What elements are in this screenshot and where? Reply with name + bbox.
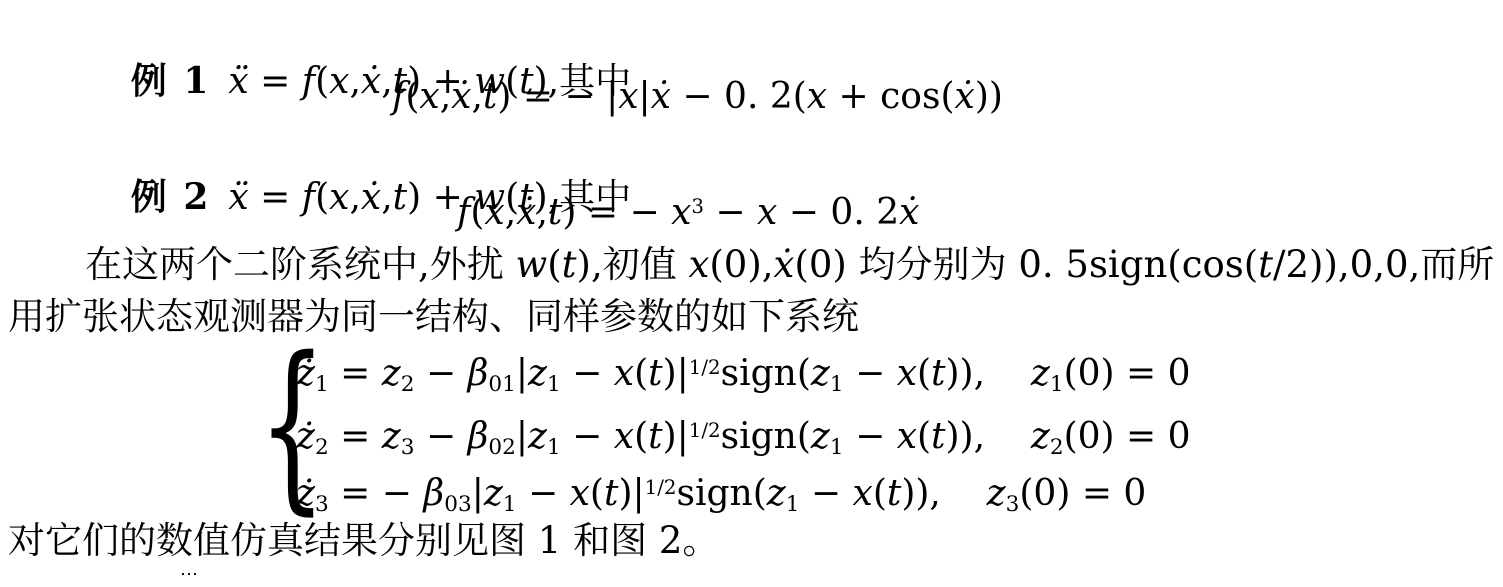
text-run: x	[329, 177, 349, 218]
text-run	[941, 473, 987, 514]
text-run: |	[677, 353, 689, 394]
text-run: z	[811, 416, 830, 457]
scan-artifact-dots: ⋯	[180, 564, 200, 585]
text-run: 0. 5sign(cos(	[1018, 243, 1258, 286]
text-run: x	[419, 76, 439, 117]
text-run: t	[648, 416, 662, 457]
text-run: (0)	[794, 243, 858, 286]
text-run: 2	[401, 372, 415, 397]
text-run: t	[931, 416, 945, 457]
text-run: ) = −	[562, 192, 671, 233]
text-run: x	[897, 416, 917, 457]
text-run: ,	[471, 76, 482, 117]
text-run: ẋ	[451, 76, 471, 117]
text-run	[985, 353, 1031, 394]
text-run: f	[457, 192, 470, 233]
text-run: x	[688, 243, 709, 286]
text-run: −	[844, 353, 897, 394]
text-run: ż	[296, 416, 315, 457]
text-run: −	[517, 473, 570, 514]
text-run: (	[917, 353, 931, 394]
text-run: z	[1031, 353, 1050, 394]
text-run: ẋ	[774, 243, 795, 286]
text-run: x	[570, 473, 590, 514]
text-run: 3	[315, 492, 329, 517]
text-run: sign(	[721, 416, 811, 457]
text-run: x	[614, 353, 634, 394]
text-run: −	[799, 473, 852, 514]
text-run: z	[528, 416, 547, 457]
paragraph-line2: 用扩张状态观测器为同一结构、同样参数的如下系统	[8, 294, 859, 340]
text-run: |	[516, 353, 528, 394]
text-run: ż	[296, 473, 315, 514]
text-run: (	[917, 416, 931, 457]
text-run: z	[1031, 416, 1050, 457]
text-run: ẋ	[361, 61, 381, 102]
text-run: 01	[488, 372, 515, 397]
text-run: 3	[1006, 492, 1020, 517]
text-run: 1	[1050, 372, 1064, 397]
text-run: |	[516, 416, 528, 457]
text-run: x	[618, 76, 638, 117]
text-run: )	[618, 473, 632, 514]
text-run: ẋ	[361, 177, 381, 218]
text-run: sign(	[721, 353, 811, 394]
text-run: ,初值	[591, 243, 689, 286]
text-run: |	[632, 473, 644, 514]
text-run: (	[634, 416, 648, 457]
text-run: (0) = 0	[1064, 353, 1191, 394]
text-run: (	[470, 192, 484, 233]
text-run: x	[614, 416, 634, 457]
text-run: 1	[786, 492, 800, 517]
text-run: t	[548, 192, 562, 233]
text-run: 。	[682, 519, 719, 562]
text-run: ẋ	[516, 192, 536, 233]
text-run: ẋ	[899, 192, 919, 233]
text-run: z	[484, 473, 503, 514]
text-run: =	[249, 177, 302, 218]
text-run: (0) = 0	[1019, 473, 1146, 514]
text-run: ) = − |	[497, 76, 618, 117]
text-run: ,	[536, 192, 547, 233]
text-run: )	[663, 353, 677, 394]
text-run: 对它们的数值仿真结果分别见图	[8, 519, 538, 562]
text-run: x	[757, 192, 777, 233]
text-run: (	[315, 177, 329, 218]
text-run: t	[887, 473, 901, 514]
text-run: 02	[488, 435, 515, 460]
text-run	[985, 416, 1031, 457]
text-run: )),	[901, 473, 941, 514]
text-run: ,	[440, 76, 451, 117]
text-run: x	[329, 61, 349, 102]
text-run: z	[528, 353, 547, 394]
text-run: − 0. 2(	[671, 76, 807, 117]
text-run: )),	[946, 416, 986, 457]
text-run: −	[844, 416, 897, 457]
text-run: (	[547, 243, 561, 286]
text-run: x	[897, 353, 917, 394]
text-run: 3	[691, 195, 704, 218]
example2-label: 例 2	[131, 176, 211, 218]
text-run: |	[677, 416, 689, 457]
example1-label: 例 1	[131, 60, 211, 102]
text-run: ,	[349, 177, 360, 218]
text-run: /2)),0,0,	[1273, 243, 1420, 286]
text-run: z	[987, 473, 1006, 514]
text-run: (	[405, 76, 419, 117]
text-run: )	[577, 243, 591, 286]
text-run: 1/2	[645, 476, 677, 499]
text-run: x	[671, 192, 691, 233]
text-run: ż	[296, 353, 315, 394]
text-run: z	[767, 473, 786, 514]
system-equation-2: ż2 = z3 − β02|z1 − x(t)|1/2sign(z1 − x(t…	[296, 408, 1191, 471]
text-run: )),	[946, 353, 986, 394]
text-run: 2	[1050, 435, 1064, 460]
text-run: 03	[444, 492, 471, 517]
text-run: 1	[315, 372, 329, 397]
text-run: 1	[547, 435, 561, 460]
text-run: β	[468, 416, 489, 457]
text-run: + cos(	[827, 76, 954, 117]
text-run: 2	[315, 435, 329, 460]
text-run: 而所	[1420, 243, 1494, 286]
document-page: 例 1ẍ = f(x,ẋ,t) + w(t),其中 f(x,ẋ,t) = − |…	[0, 0, 1503, 587]
text-run: 3	[401, 435, 415, 460]
text-run: 1	[538, 519, 562, 562]
text-run: (	[634, 353, 648, 394]
text-run: (	[590, 473, 604, 514]
text-run: −	[561, 416, 614, 457]
text-run: sign(	[676, 473, 766, 514]
text-run: 在这两个二阶系统中,外扰	[85, 243, 516, 286]
text-run: ,	[505, 192, 516, 233]
example1-display-equation: f(x,ẋ,t) = − |x|ẋ − 0. 2(x + cos(ẋ))	[392, 74, 1003, 120]
text-run: 1	[830, 372, 844, 397]
text-run: f	[302, 61, 315, 102]
text-run: 2	[659, 519, 683, 562]
closing-line: 对它们的数值仿真结果分别见图 1 和图 2。	[8, 518, 719, 564]
text-run: )	[663, 416, 677, 457]
text-run: ẍ	[228, 177, 248, 218]
text-run: (0) = 0	[1064, 416, 1191, 457]
system-equation-1: ż1 = z2 − β01|z1 − x(t)|1/2sign(z1 − x(t…	[296, 345, 1191, 408]
text-run: =	[329, 353, 382, 394]
text-run: x	[484, 192, 504, 233]
paragraph-line1: 在这两个二阶系统中,外扰 w(t),初值 x(0),ẋ(0) 均分别为 0. 5…	[85, 242, 1494, 288]
text-run: 1	[547, 372, 561, 397]
text-run: ẋ	[955, 76, 975, 117]
text-run: t	[562, 243, 577, 286]
text-run: (	[315, 61, 329, 102]
text-run: ,	[381, 61, 392, 102]
text-run: 1/2	[689, 419, 721, 442]
text-run: ẋ	[651, 76, 671, 117]
text-run: ẍ	[228, 61, 248, 102]
text-run: t	[483, 76, 497, 117]
text-run: x	[853, 473, 873, 514]
text-run: |	[472, 473, 484, 514]
text-run: t	[393, 177, 407, 218]
text-run: z	[382, 416, 401, 457]
text-run: =	[329, 416, 382, 457]
text-run: z	[811, 353, 830, 394]
text-run: β	[468, 353, 489, 394]
text-run: = −	[329, 473, 424, 514]
text-run: 1	[830, 435, 844, 460]
text-run: (0),	[709, 243, 773, 286]
text-run: t	[931, 353, 945, 394]
text-run: ))	[975, 76, 1003, 117]
text-run: f	[392, 76, 405, 117]
text-run: 1	[503, 492, 517, 517]
text-run: t	[648, 353, 662, 394]
text-run: w	[516, 243, 548, 286]
text-run: 和图	[561, 519, 659, 562]
text-run: 均分别为	[859, 243, 1019, 286]
text-run: z	[382, 353, 401, 394]
text-run: x	[807, 76, 827, 117]
text-run: ,	[381, 177, 392, 218]
text-run: (	[873, 473, 887, 514]
text-run: −	[415, 416, 468, 457]
text-run: −	[561, 353, 614, 394]
text-run: − 0. 2	[777, 192, 899, 233]
text-run: −	[704, 192, 757, 233]
text-run: −	[415, 353, 468, 394]
text-run: =	[249, 61, 302, 102]
text-run: f	[302, 177, 315, 218]
text-run: |	[639, 76, 651, 117]
text-run: ,	[349, 61, 360, 102]
text-run: β	[423, 473, 444, 514]
text-run: t	[604, 473, 618, 514]
text-run: t	[1258, 243, 1273, 286]
example2-display-equation: f(x,ẋ,t) = − x3 − x − 0. 2ẋ	[457, 184, 919, 236]
text-run: 1/2	[689, 356, 721, 379]
